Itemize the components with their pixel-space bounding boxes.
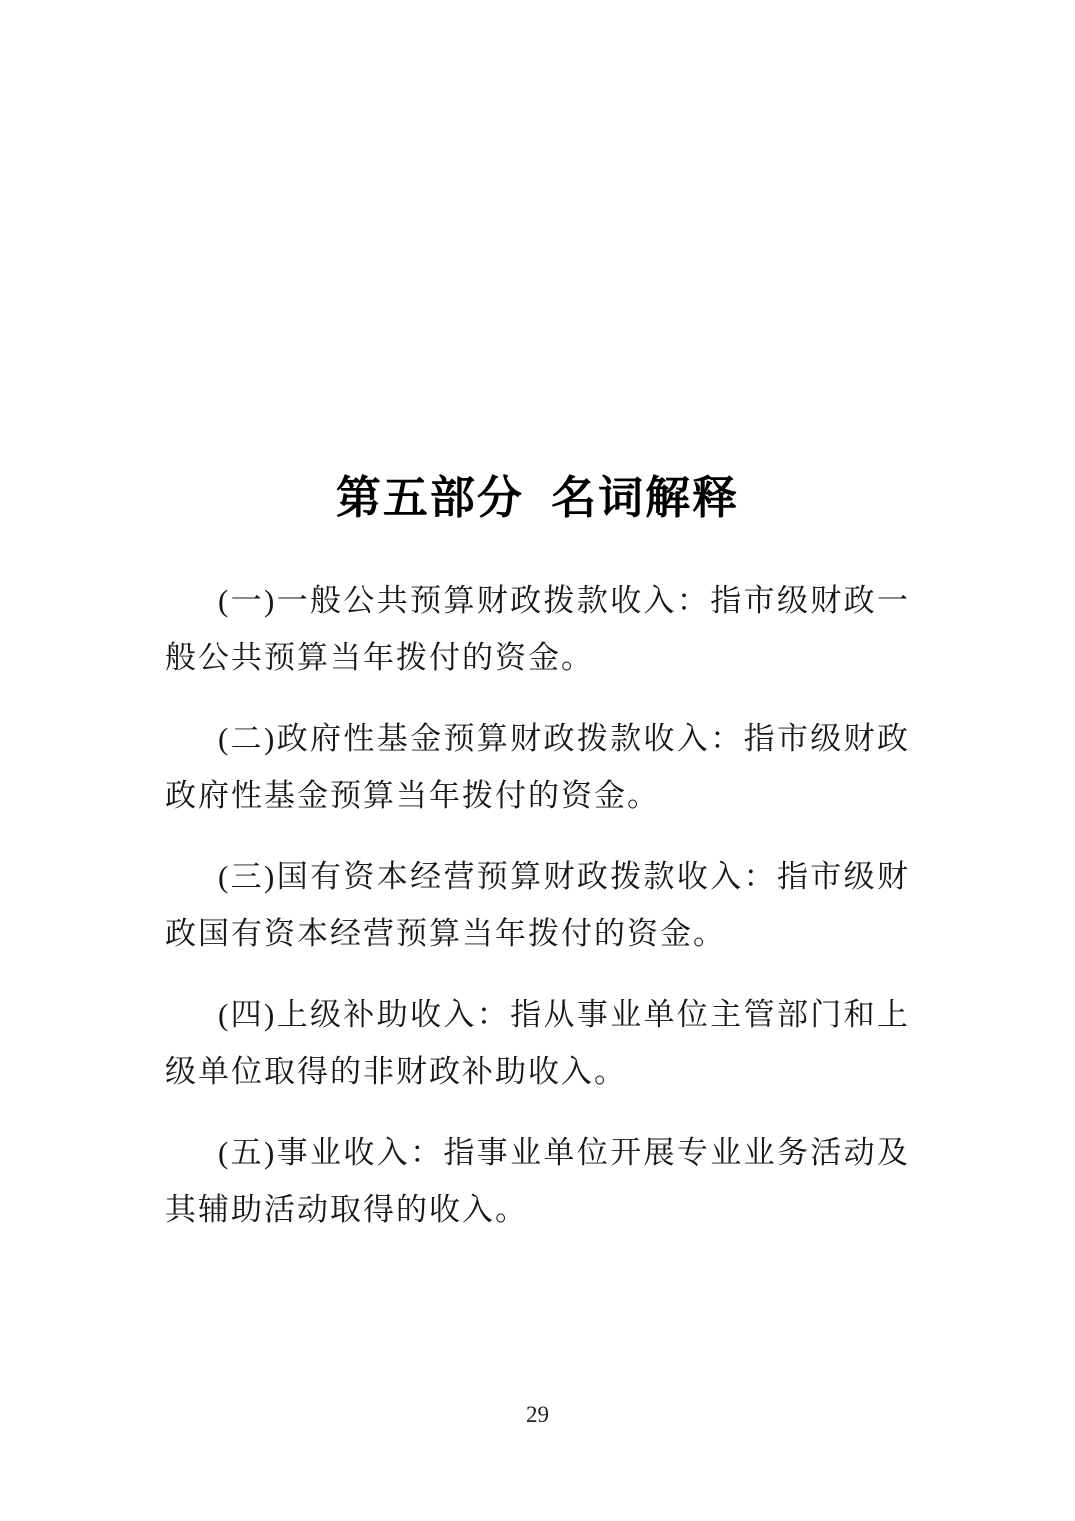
paragraph-general-public-budget-income: (一)一般公共预算财政拨款收入：指市级财政一般公共预算当年拨付的资金。 — [165, 572, 910, 686]
document-page: 第五部分 名词解释 (一)一般公共预算财政拨款收入：指市级财政一般公共预算当年拨… — [0, 0, 1075, 1521]
section-title: 第五部分 名词解释 — [0, 468, 1075, 528]
paragraph-state-capital-budget-income: (三)国有资本经营预算财政拨款收入：指市级财政国有资本经营预算当年拨付的资金。 — [165, 848, 910, 962]
paragraph-government-fund-budget-income: (二)政府性基金预算财政拨款收入：指市级财政政府性基金预算当年拨付的资金。 — [165, 710, 910, 824]
document-body: (一)一般公共预算财政拨款收入：指市级财政一般公共预算当年拨付的资金。 (二)政… — [165, 572, 910, 1238]
page-number: 29 — [0, 1401, 1075, 1429]
paragraph-operational-income: (五)事业收入：指事业单位开展专业业务活动及其辅助活动取得的收入。 — [165, 1124, 910, 1238]
paragraph-superior-subsidy-income: (四)上级补助收入：指从事业单位主管部门和上级单位取得的非财政补助收入。 — [165, 986, 910, 1100]
